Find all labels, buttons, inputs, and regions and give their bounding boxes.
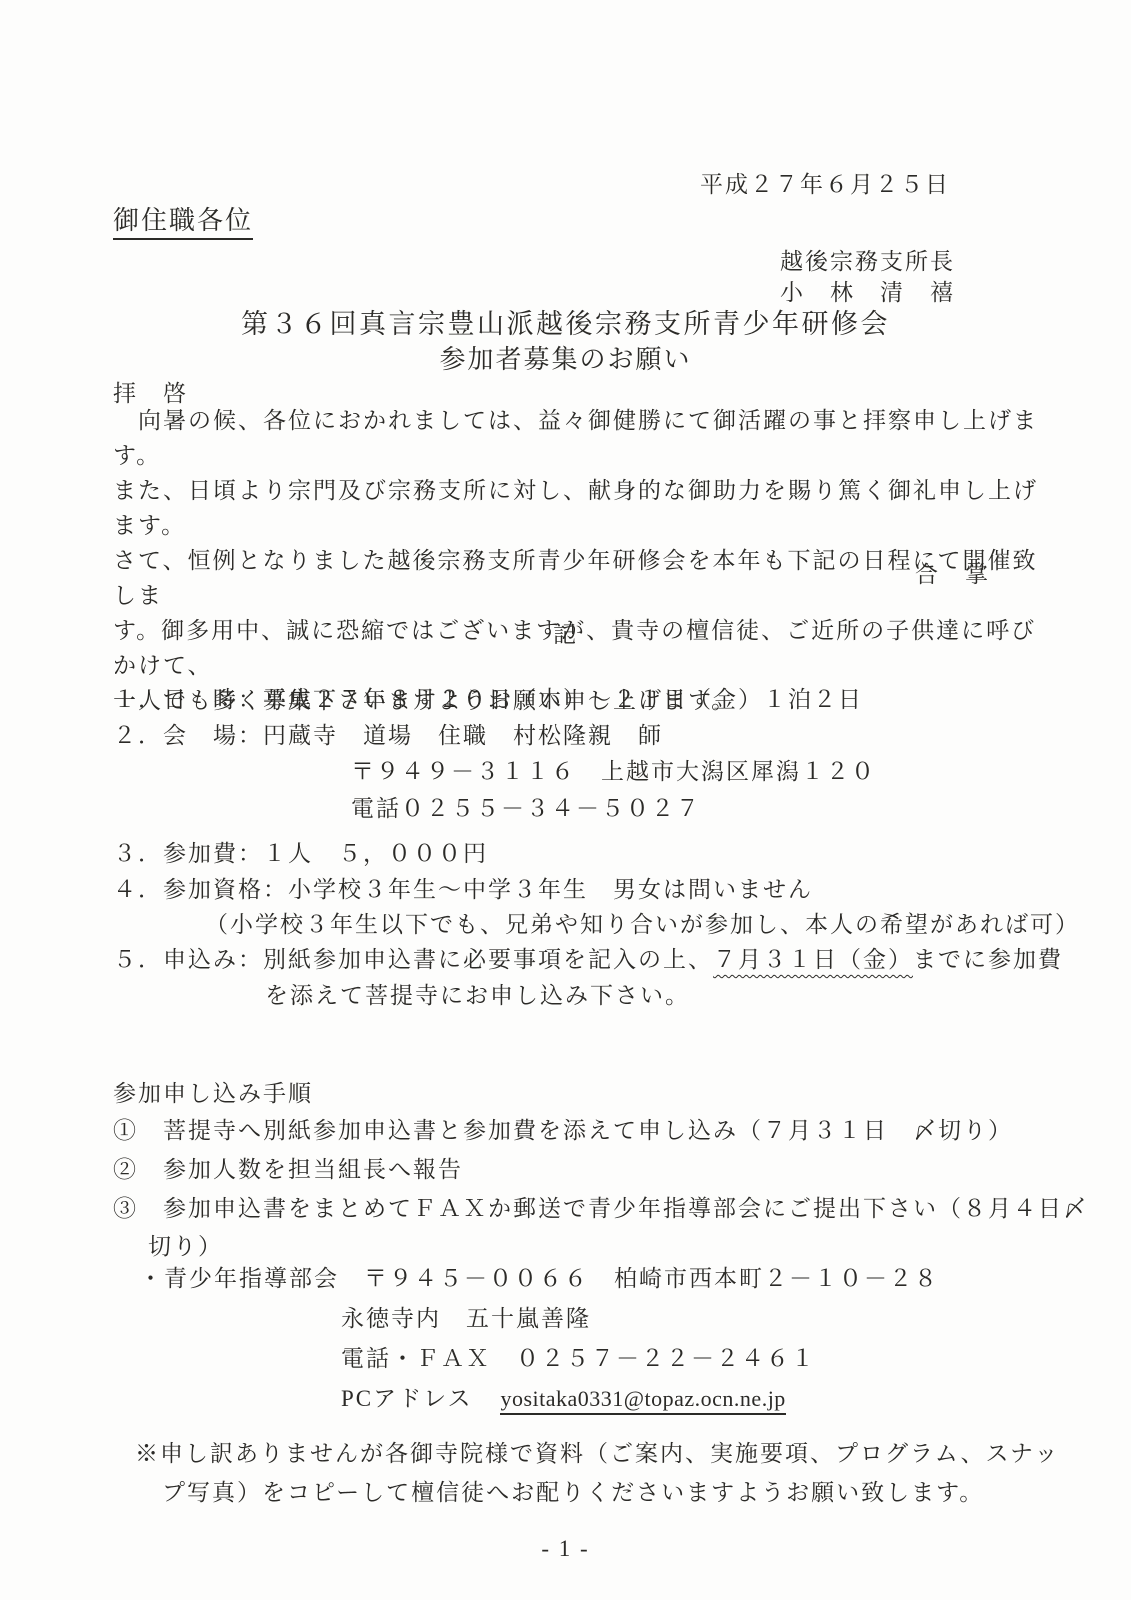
email-address: yositaka0331@topaz.ocn.ne.jp — [500, 1386, 785, 1415]
procedure-step-3-continuation: 切り） — [148, 1228, 223, 1261]
sender-title: 越後宗務支所長 — [780, 243, 955, 276]
body-line-3: さて、恒例となりました越後宗務支所青少年研修会を本年も下記の日程にて開催致しま — [113, 543, 1051, 613]
procedure-step-3: ③ 参加申込書をまとめてＦＡＸか郵送で青少年指導部会にご提出下さい（８月４日〆 — [113, 1190, 1088, 1223]
item-application: ５．申込み：別紙参加申込書に必要事項を記入の上、７月３１日（金）までに参加費 — [113, 941, 1063, 974]
body-paragraph: 向暑の候、各位におかれましては、益々御健勝にて御活躍の事と拝察申し上げます。 ま… — [113, 403, 1051, 718]
item-fee: ３．参加費：１人 ５，０００円 — [113, 835, 488, 868]
footnote-line-2: プ写真）をコピーして檀信徒へお配りくださいますようお願い致します。 — [162, 1474, 984, 1507]
body-line-1: 向暑の候、各位におかれましては、益々御健勝にて御活躍の事と拝察申し上げます。 — [113, 403, 1051, 473]
document-title-line1: 第３６回真言宗豊山派越後宗務支所青少年研修会 — [0, 302, 1131, 341]
item-eligibility: ４．参加資格：小学校３年生～中学３年生 男女は問いません — [113, 871, 813, 904]
venue-phone: 電話０２５５－３４－５０２７ — [351, 790, 701, 823]
recipient-line: 御住職各位 — [113, 206, 253, 240]
eligibility-note: （小学校３年生以下でも、兄弟や知り合いが参加し、本人の希望があれば可） — [205, 906, 1080, 939]
venue-postal-address: 〒９４９－３１１６ 上越市大潟区犀潟１２０ — [351, 753, 876, 786]
contact-department-line: ・青少年指導部会 〒９４５－００６６ 柏崎市西本町２－１０－２８ — [139, 1260, 939, 1293]
application-text-pre: ５．申込み：別紙参加申込書に必要事項を記入の上、 — [113, 947, 713, 972]
application-text-post: までに参加費 — [913, 947, 1063, 972]
footnote-line-1: ※申し訳ありませんが各御寺院様で資料（ご案内、実施要項、プログラム、スナッ — [135, 1435, 1060, 1468]
contact-email-line: PCアドレスyositaka0331@topaz.ocn.ne.jp — [341, 1380, 786, 1413]
item-venue: ２．会 場：円蔵寺 道場 住職 村松隆親 師 — [113, 717, 663, 750]
document-title-line2: 参加者募集のお願い — [0, 339, 1131, 376]
document-date: 平成２７年６月２５日 — [700, 166, 950, 199]
email-label: PCアドレス — [341, 1386, 472, 1411]
procedure-step-2: ② 参加人数を担当組長へ報告 — [113, 1151, 463, 1184]
application-continuation: を添えて菩提寺にお申し込み下さい。 — [265, 977, 690, 1010]
contact-phone-fax-line: 電話・ＦＡＸ ０２５７－２２－２４６１ — [341, 1340, 816, 1373]
body-line-2: また、日頃より宗門及び宗務支所に対し、献身的な御助力を賜り篤く御礼申し上げます。 — [113, 473, 1051, 543]
procedure-heading: 参加申し込み手順 — [113, 1075, 313, 1108]
record-marker: 記 — [0, 616, 1131, 649]
application-deadline: ７月３１日（金） — [713, 947, 913, 972]
item-datetime: １．日 時：平成２７年８月２０日（木）～２１日（金）１泊２日 — [113, 681, 863, 714]
scanned-letter-page: 平成２７年６月２５日 御住職各位 越後宗務支所長 小 林 清 禧 第３６回真言宗… — [0, 0, 1131, 1600]
page-number: - 1 - — [0, 1536, 1131, 1562]
closing-word: 合 掌 — [915, 556, 990, 589]
contact-person-line: 永徳寺内 五十嵐善隆 — [341, 1300, 591, 1333]
procedure-step-1: ① 菩提寺へ別紙参加申込書と参加費を添えて申し込み（７月３１日 〆切り） — [113, 1112, 1013, 1145]
